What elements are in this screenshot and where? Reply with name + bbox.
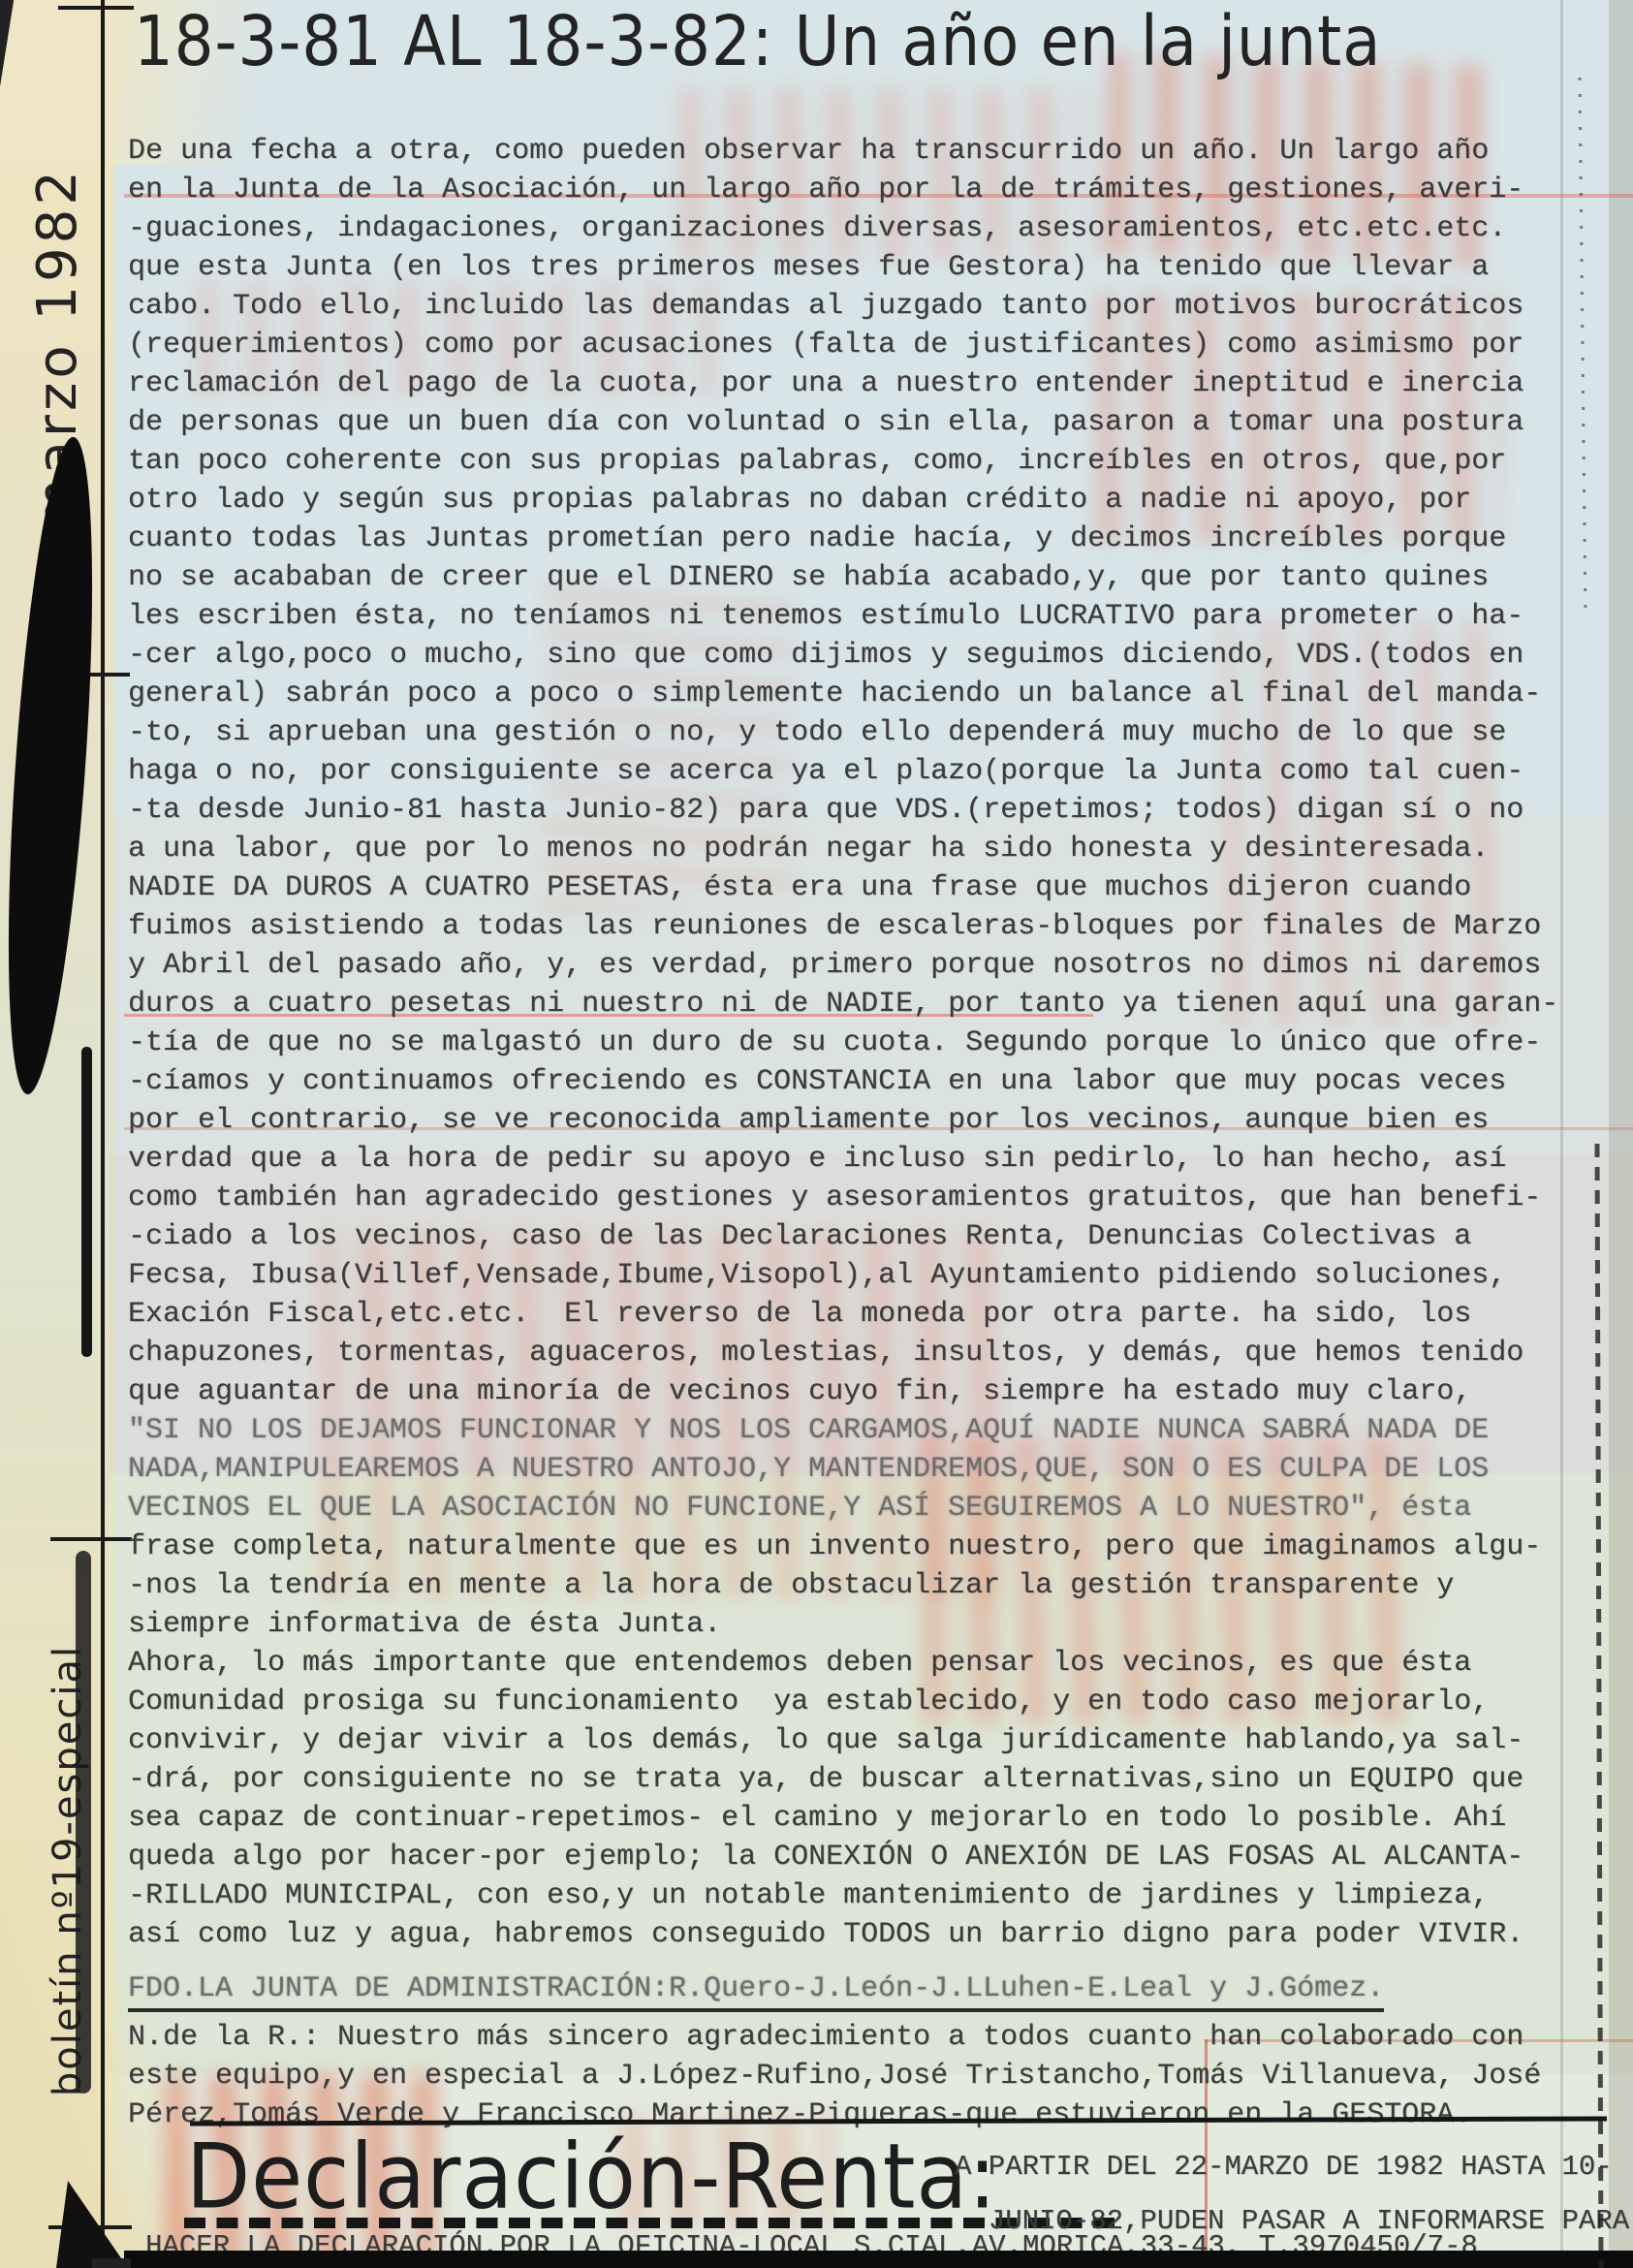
scan-artifacts xyxy=(0,0,1633,2268)
scanned-bulletin-page: 18-3-81 AL 18-3-82: Un año en la junta m… xyxy=(0,0,1633,2268)
